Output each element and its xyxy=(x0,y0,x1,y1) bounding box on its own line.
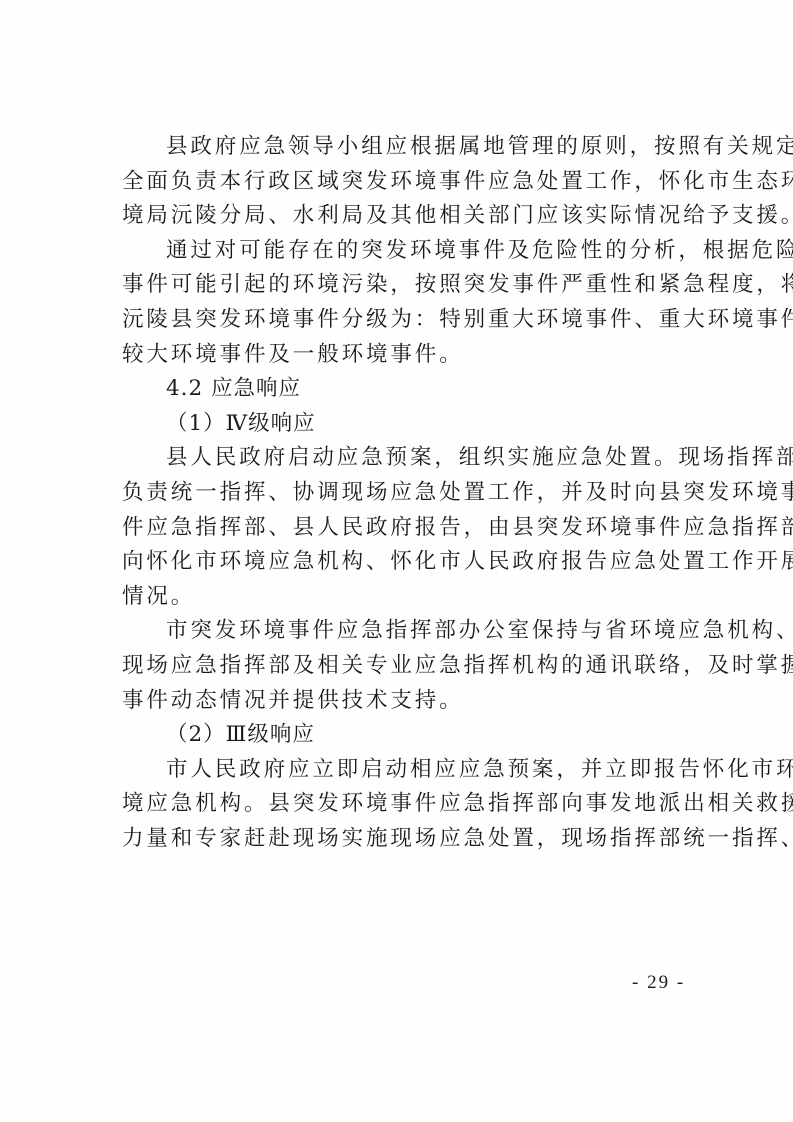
paragraph-3-line-5: 情况。 xyxy=(122,580,688,615)
paragraph-1-line-3: 境局沅陵分局、水利局及其他相关部门应该实际情况给予支援。 xyxy=(122,199,688,234)
paragraph-2-line-3: 沅陵县突发环境事件分级为：特别重大环境事件、重大环境事件、 xyxy=(122,303,688,338)
document-body: 县政府应急领导小组应根据属地管理的原则，按照有关规定 全面负责本行政区域突发环境… xyxy=(122,130,688,856)
paragraph-4-line-3: 事件动态情况并提供技术支持。 xyxy=(122,684,688,719)
paragraph-3-line-3: 件应急指挥部、县人民政府报告，由县突发环境事件应急指挥部 xyxy=(122,511,688,546)
subsection-heading-level-4: （1）Ⅳ级响应 xyxy=(122,407,688,442)
paragraph-2-line-4: 较大环境事件及一般环境事件。 xyxy=(122,338,688,373)
document-page: 县政府应急领导小组应根据属地管理的原则，按照有关规定 全面负责本行政区域突发环境… xyxy=(0,0,793,1122)
section-heading-4-2: 4.2 应急响应 xyxy=(122,372,688,407)
subsection-heading-level-3: （2）Ⅲ级响应 xyxy=(122,718,688,753)
paragraph-3-line-4: 向怀化市环境应急机构、怀化市人民政府报告应急处置工作开展 xyxy=(122,545,688,580)
paragraph-5-line-3: 力量和专家赶赴现场实施现场应急处置，现场指挥部统一指挥、 xyxy=(122,822,688,857)
paragraph-3-line-1: 县人民政府启动应急预案，组织实施应急处置。现场指挥部 xyxy=(122,441,688,476)
paragraph-5-line-2: 境应急机构。县突发环境事件应急指挥部向事发地派出相关救援 xyxy=(122,787,688,822)
paragraph-4-line-2: 现场应急指挥部及相关专业应急指挥机构的通讯联络，及时掌握 xyxy=(122,649,688,684)
paragraph-2-line-1: 通过对可能存在的突发环境事件及危险性的分析，根据危险 xyxy=(122,234,688,269)
paragraph-5-line-1: 市人民政府应立即启动相应应急预案，并立即报告怀化市环 xyxy=(122,753,688,788)
paragraph-1-line-1: 县政府应急领导小组应根据属地管理的原则，按照有关规定 xyxy=(122,130,688,165)
paragraph-3-line-2: 负责统一指挥、协调现场应急处置工作，并及时向县突发环境事 xyxy=(122,476,688,511)
paragraph-1-line-2: 全面负责本行政区域突发环境事件应急处置工作，怀化市生态环 xyxy=(122,165,688,200)
page-number: - 29 - xyxy=(632,972,685,994)
paragraph-2-line-2: 事件可能引起的环境污染，按照突发事件严重性和紧急程度，将 xyxy=(122,268,688,303)
paragraph-4-line-1: 市突发环境事件应急指挥部办公室保持与省环境应急机构、 xyxy=(122,614,688,649)
